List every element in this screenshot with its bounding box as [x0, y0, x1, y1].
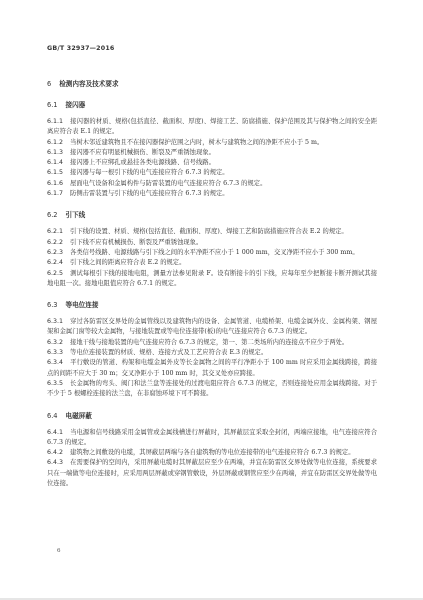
clause: 6.1.4接闪器上不应绑孔或悬挂各类电源线路、信号线路。 — [47, 158, 377, 168]
clause-number: 6.4.3 — [47, 459, 63, 466]
clause-text: 在需要保护的空间内，采用屏蔽电缆时其屏蔽层应至少在两端，并宜在防雷区交界处做等电… — [47, 459, 377, 487]
standard-code: GB/T 32937—2016 — [47, 45, 115, 52]
section-6-4: 6.4电磁屏蔽 6.4.1当电源和信号线路采用金属管或金属线槽进行屏蔽时，其屏蔽… — [47, 410, 377, 490]
clause-number: 6.4.2 — [47, 449, 63, 456]
clause-number: 6.2.4 — [47, 259, 63, 266]
clause: 6.2.2引下线不应有机械损伤、断裂及严重锈蚀现象。 — [47, 238, 377, 248]
section-title: 引下线 — [66, 211, 86, 219]
chapter-title: 检测内容及技术要求 — [59, 80, 118, 88]
document-page: GB/T 32937—2016 6检测内容及技术要求 6.1接闪器 6.1.1接… — [0, 0, 423, 598]
clause-text: 接闪器上不应绑孔或悬挂各类电源线路、信号线路。 — [70, 159, 215, 166]
clause-text: 引下线之间的距离应符合表 E.2 的规定。 — [70, 259, 185, 266]
clause-text: 穿过各防雷区交界处的金属管线以及建筑物内的设备、金属管道、电缆桥架、电缆金属外皮… — [47, 318, 377, 335]
clause-text: 当电源和信号线路采用金属管或金属线槽进行屏蔽时，其屏蔽层宜采取全封闭，两端应接地… — [47, 429, 377, 446]
clause-number: 6.2.1 — [47, 228, 63, 235]
clause-number: 6.3.4 — [47, 359, 63, 366]
clause-text: 各类信号线路、电源线路与引下线之间的水平净距不应小于 1 000 mm，交叉净距… — [70, 249, 359, 256]
clause: 6.1.1接闪器的材质、规格(包括直径、截面积、厚度)、焊接工艺、防腐措施、保护… — [47, 117, 377, 138]
section-heading: 6.3等电位连接 — [47, 299, 377, 309]
clause-text: 屋面电气设备和金属构件与防雷装置的电气连接应符合 6.7.3 的规定。 — [70, 180, 266, 187]
clause: 6.2.4引下线之间的距离应符合表 E.2 的规定。 — [47, 258, 377, 268]
clause-text: 平行敷设的管道、构架和电缆金属外皮等长金属物之间的平行净距小于 100 mm 时… — [47, 359, 377, 376]
clause: 6.3.5长金属物的弯头、阀门和法兰盘等连接处的过渡电阻应符合 6.7.3 的规… — [47, 379, 377, 400]
clause: 6.1.7防侧击雷装置与引下线的电气连接应符合 6.7.3 的规定。 — [47, 189, 377, 199]
section-title: 等电位连接 — [66, 301, 99, 309]
clause-number: 6.1.3 — [47, 149, 63, 156]
clause-number: 6.3.5 — [47, 380, 63, 387]
clause-text: 长金属物的弯头、阀门和法兰盘等连接处的过渡电阻应符合 6.7.3 的规定，否则连… — [47, 380, 377, 397]
clause-number: 6.1.1 — [47, 118, 63, 125]
clause-number: 6.1.4 — [47, 159, 63, 166]
section-6-1: 6.1接闪器 6.1.1接闪器的材质、规格(包括直径、截面积、厚度)、焊接工艺、… — [47, 99, 377, 199]
clause-number: 6.1.5 — [47, 169, 63, 176]
section-number: 6.2 — [47, 211, 58, 219]
clause: 6.4.1当电源和信号线路采用金属管或金属线槽进行屏蔽时，其屏蔽层宜采取全封闭，… — [47, 428, 377, 449]
clause-text: 接闪器不应有明显机械损伤、断裂及严重锈蚀现象。 — [70, 149, 215, 156]
clause-number: 6.2.5 — [47, 270, 63, 277]
document-body: 6检测内容及技术要求 6.1接闪器 6.1.1接闪器的材质、规格(包括直径、截面… — [47, 78, 377, 499]
clause-text: 接地干线与接地装置的电气连接应符合 6.7.3 的规定，第一、第二类场所内的连接… — [70, 339, 348, 346]
clause: 6.3.2接地干线与接地装置的电气连接应符合 6.7.3 的规定，第一、第二类场… — [47, 338, 377, 348]
chapter-number: 6 — [47, 80, 51, 88]
clause-number: 6.1.7 — [47, 190, 63, 197]
clause: 6.4.2建筑物之间敷设的电缆，其屏蔽层两端与各自建筑物的等电位连接带的电气连接… — [47, 448, 377, 458]
section-number: 6.4 — [47, 412, 58, 420]
clause-number: 6.3.2 — [47, 339, 63, 346]
section-title: 接闪器 — [66, 101, 86, 109]
clause: 6.4.3在需要保护的空间内，采用屏蔽电缆时其屏蔽层应至少在两端，并宜在防雷区交… — [47, 458, 377, 489]
section-number: 6.1 — [47, 101, 58, 109]
clause-number: 6.1.6 — [47, 180, 63, 187]
clause-text: 建筑物之间敷设的电缆，其屏蔽层两端与各自建筑物的等电位连接带的电气连接应符合 6… — [70, 449, 355, 456]
section-6-2: 6.2引下线 6.2.1引下线的设置、材质、规格(包括直径、截面积、厚度)、焊接… — [47, 209, 377, 289]
clause: 6.3.1穿过各防雷区交界处的金属管线以及建筑物内的设备、金属管道、电缆桥架、电… — [47, 317, 377, 338]
clause: 6.2.1引下线的设置、材质、规格(包括直径、截面积、厚度)、焊接工艺和防腐措施… — [47, 227, 377, 237]
clause-text: 接闪器与每一根引下线的电气连接应符合 6.7.3 的规定。 — [70, 169, 229, 176]
clause: 6.1.6屋面电气设备和金属构件与防雷装置的电气连接应符合 6.7.3 的规定。 — [47, 179, 377, 189]
clause-number: 6.1.2 — [47, 139, 63, 146]
clause: 6.3.4平行敷设的管道、构架和电缆金属外皮等长金属物之间的平行净距小于 100… — [47, 358, 377, 379]
clause-text: 防侧击雷装置与引下线的电气连接应符合 6.7.3 的规定。 — [70, 190, 229, 197]
clause: 6.2.5测试每根引下线的接地电阻，测量方法参见附录 F。设有断接卡的引下线，应… — [47, 269, 377, 290]
clause-text: 当树木邻近建筑物且不在接闪器保护范围之内时，树木与建筑物之间的净距不应小于 5 … — [70, 139, 323, 146]
chapter-heading: 6检测内容及技术要求 — [47, 78, 377, 88]
clause: 6.1.5接闪器与每一根引下线的电气连接应符合 6.7.3 的规定。 — [47, 168, 377, 178]
clause: 6.1.3接闪器不应有明显机械损伤、断裂及严重锈蚀现象。 — [47, 148, 377, 158]
section-heading: 6.4电磁屏蔽 — [47, 410, 377, 420]
clause-number: 6.2.3 — [47, 249, 63, 256]
section-number: 6.3 — [47, 301, 58, 309]
clause: 6.3.3等电位连接装置的材质、规格、连接方式及工艺应符合表 E.3 的规定。 — [47, 348, 377, 358]
clause-number: 6.2.2 — [47, 239, 63, 246]
clause-text: 等电位连接装置的材质、规格、连接方式及工艺应符合表 E.3 的规定。 — [70, 349, 267, 356]
clause-text: 引下线不应有机械损伤、断裂及严重锈蚀现象。 — [70, 239, 202, 246]
clause-number: 6.3.3 — [47, 349, 63, 356]
section-6-3: 6.3等电位连接 6.3.1穿过各防雷区交界处的金属管线以及建筑物内的设备、金属… — [47, 299, 377, 399]
clause-text: 接闪器的材质、规格(包括直径、截面积、厚度)、焊接工艺、防腐措施、保护范围及其与… — [47, 118, 377, 135]
clause-number: 6.3.1 — [47, 318, 63, 325]
section-heading: 6.1接闪器 — [47, 99, 377, 109]
clause-text: 引下线的设置、材质、规格(包括直径、截面积、厚度)、焊接工艺和防腐措施应符合表 … — [70, 228, 348, 235]
clause: 6.1.2当树木邻近建筑物且不在接闪器保护范围之内时，树木与建筑物之间的净距不应… — [47, 138, 377, 148]
page-number: 6 — [57, 548, 61, 554]
section-title: 电磁屏蔽 — [66, 412, 92, 420]
clause-number: 6.4.1 — [47, 429, 63, 436]
section-heading: 6.2引下线 — [47, 209, 377, 219]
clause-text: 测试每根引下线的接地电阻，测量方法参见附录 F。设有断接卡的引下线，应每年至少把… — [47, 270, 377, 287]
clause: 6.2.3各类信号线路、电源线路与引下线之间的水平净距不应小于 1 000 mm… — [47, 248, 377, 258]
